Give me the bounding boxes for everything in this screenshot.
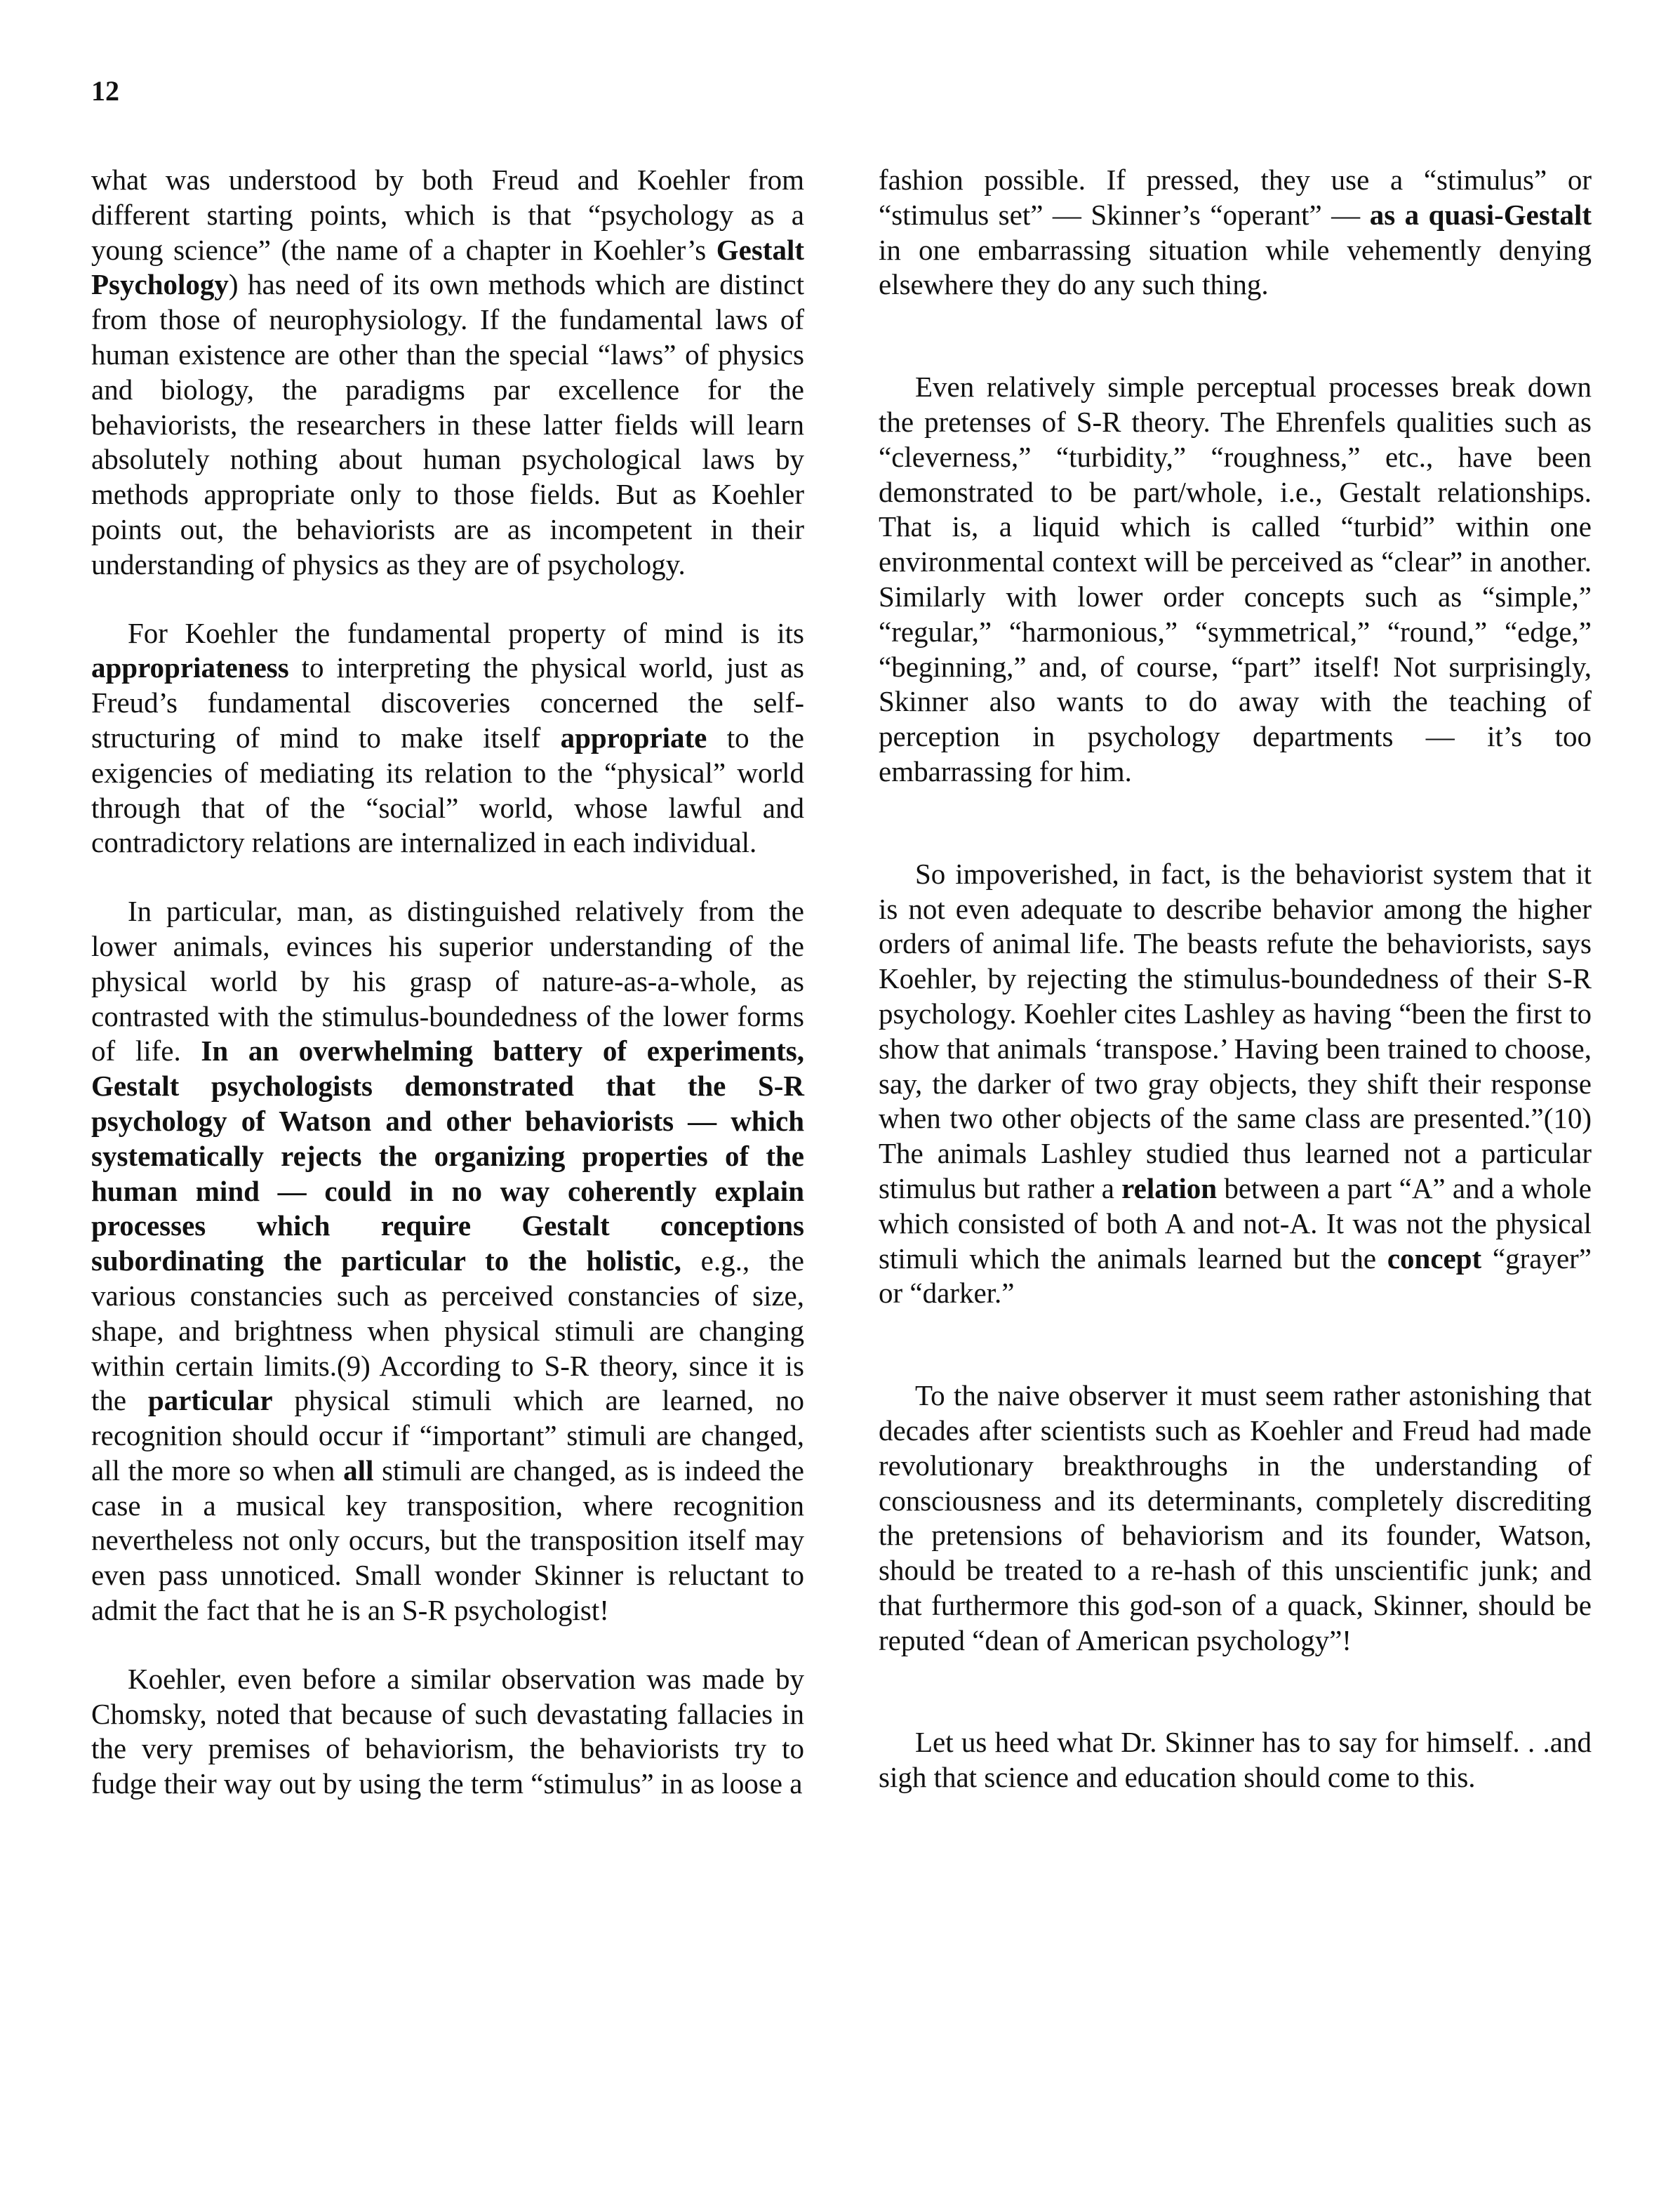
paragraph-left-3: In particular, man, as distinguished rel… xyxy=(91,894,804,1628)
text-run: To the naive observer it must seem rathe… xyxy=(879,1379,1592,1656)
text-run: For Koehler the fundamental property of … xyxy=(128,617,804,649)
paragraph-right-2: Even relatively simple perceptual proces… xyxy=(879,370,1592,790)
emphasis-quasi-gestalt: as a quasi-Gestalt xyxy=(1370,199,1592,231)
text-run: Let us heed what Dr. Skinner has to say … xyxy=(879,1726,1592,1793)
paragraph-left-1: what was understood by both Freud and Ko… xyxy=(91,163,804,583)
left-column: what was understood by both Freud and Ko… xyxy=(91,163,804,1802)
right-column: fashion possible. If pressed, they use a… xyxy=(879,163,1592,1795)
text-run: what was understood by both Freud and Ko… xyxy=(91,164,804,266)
emphasis-appropriate: appropriate xyxy=(561,722,707,754)
emphasis-appropriateness: appropriateness xyxy=(91,651,289,684)
emphasis-concept: concept xyxy=(1387,1242,1481,1275)
text-run: in one embarrassing situation while vehe… xyxy=(879,234,1592,301)
text-run: Even relatively simple perceptual proces… xyxy=(879,371,1592,787)
emphasis-relation: relation xyxy=(1121,1172,1217,1204)
text-run: ) has need of its own methods which are … xyxy=(91,268,804,580)
document-page: 12 what was understood by both Freud and… xyxy=(0,0,1680,2194)
paragraph-right-3: So impoverished, in fact, is the behavio… xyxy=(879,857,1592,1311)
paragraph-right-4: To the naive observer it must seem rathe… xyxy=(879,1378,1592,1658)
text-run: Koehler, even before a similar observati… xyxy=(91,1663,804,1800)
paragraph-left-2: For Koehler the fundamental property of … xyxy=(91,616,804,861)
paragraph-right-1: fashion possible. If pressed, they use a… xyxy=(879,163,1592,302)
emphasis-gestalt-experiments: In an overwhelming battery of experiment… xyxy=(91,1035,804,1277)
emphasis-all: all xyxy=(343,1454,373,1487)
paragraph-left-4: Koehler, even before a similar observati… xyxy=(91,1662,804,1802)
page-number: 12 xyxy=(91,77,119,105)
paragraph-right-5: Let us heed what Dr. Skinner has to say … xyxy=(879,1725,1592,1795)
emphasis-particular: particular xyxy=(148,1384,273,1416)
text-run: So impoverished, in fact, is the behavio… xyxy=(879,858,1592,1204)
